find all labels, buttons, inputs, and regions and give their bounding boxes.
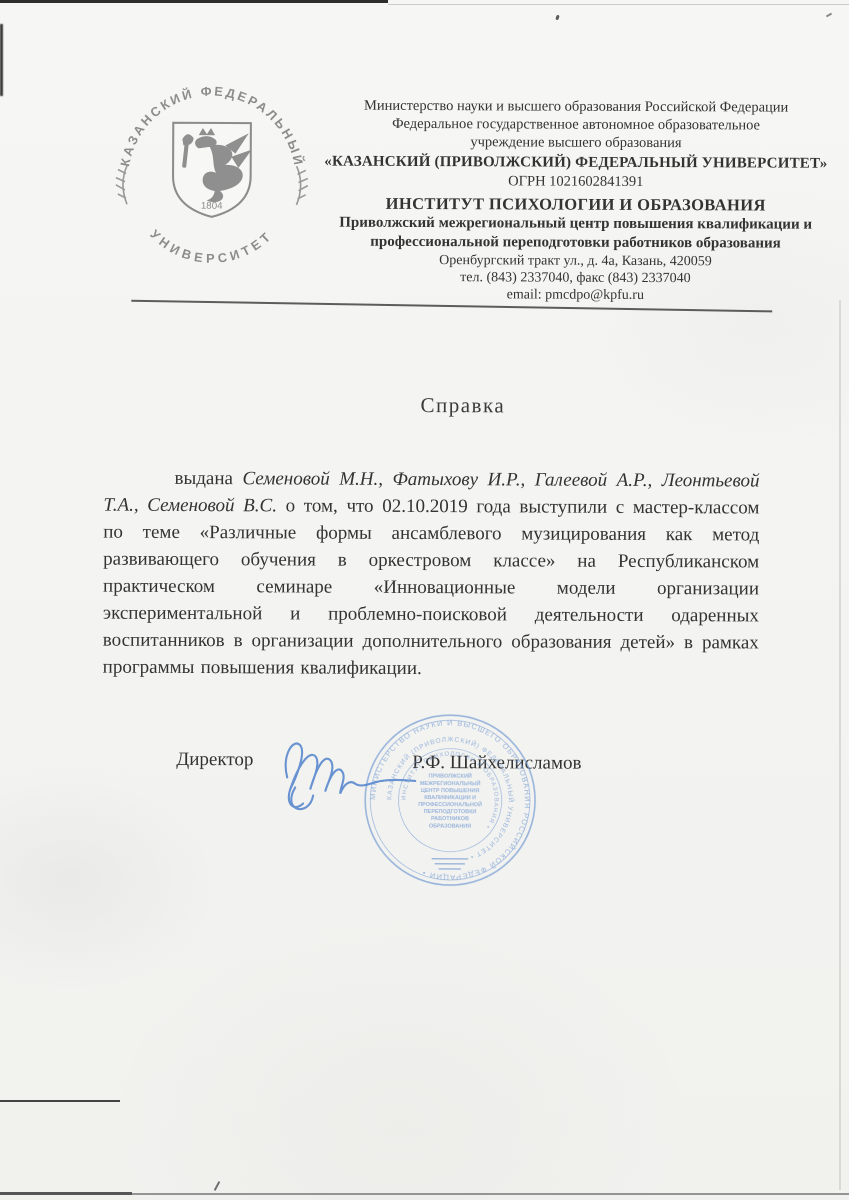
- certificate-body: выдана Семеновой М.Н., Фатыхову И.Р., Га…: [103, 465, 760, 684]
- svg-text:КВАЛИФИКАЦИИ И: КВАЛИФИКАЦИИ И: [424, 795, 476, 801]
- body-lead: выдана: [174, 468, 242, 489]
- org-line: Федеральное государственное автономное о…: [320, 115, 832, 135]
- center-name-line2: профессиональной переподготовки работник…: [320, 233, 832, 254]
- signature-block: Директор Р.Ф. Шайхелисламов МИНИСТЕРСТВО…: [3, 0, 849, 2]
- body-text: о том, что 02.10.2019 года выступили с м…: [103, 495, 760, 679]
- logo-shield: 1804: [173, 123, 252, 217]
- institute-name: ИНСТИТУТ ПСИХОЛОГИИ И ОБРАЗОВАНИЯ: [320, 193, 832, 216]
- svg-text:ОБРАЗОВАНИЯ: ОБРАЗОВАНИЯ: [429, 823, 471, 829]
- scanned-certificate-page: КАЗАНСКИЙ ФЕДЕРАЛЬНЫЙ УНИВЕРСИТЕТ: [0, 0, 849, 1200]
- ministry-line: Министерство науки и высшего образования…: [320, 97, 832, 117]
- svg-text:РАБОТНИКОВ: РАБОТНИКОВ: [431, 816, 469, 822]
- university-logo: КАЗАНСКИЙ ФЕДЕРАЛЬНЫЙ УНИВЕРСИТЕТ: [114, 82, 309, 277]
- ogrn-number: ОГРН 1021602841391: [320, 172, 832, 192]
- svg-text:ПЕРЕПОДГОТОВКИ: ПЕРЕПОДГОТОВКИ: [424, 809, 477, 815]
- letterhead: Министерство науки и высшего образования…: [319, 97, 832, 305]
- center-name-line1: Приволжский межрегиональный центр повыше…: [320, 214, 832, 235]
- document-content: КАЗАНСКИЙ ФЕДЕРАЛЬНЫЙ УНИВЕРСИТЕТ: [0, 0, 849, 1200]
- logo-bottom-arc-text: УНИВЕРСИТЕТ: [147, 226, 276, 266]
- email-line: email: pmcdpo@kpfu.ru: [319, 286, 831, 305]
- svg-text:ПРИВОЛЖСКИЙ: ПРИВОЛЖСКИЙ: [429, 772, 472, 780]
- document-title: Справка: [420, 393, 505, 418]
- org-line-2: учреждение высшего образования: [320, 133, 832, 153]
- university-name: «КАЗАНСКИЙ (ПРИВОЛЖСКИЙ) ФЕДЕРАЛЬНЫЙ УНИ…: [320, 152, 832, 174]
- stamp-bottom-mark: [432, 859, 468, 869]
- logo-year: 1804: [201, 201, 223, 212]
- laurel-left-icon: [116, 165, 127, 204]
- laurel-right-icon: [296, 166, 307, 205]
- signer-role: Директор: [176, 749, 253, 771]
- handwritten-signature: [271, 725, 431, 821]
